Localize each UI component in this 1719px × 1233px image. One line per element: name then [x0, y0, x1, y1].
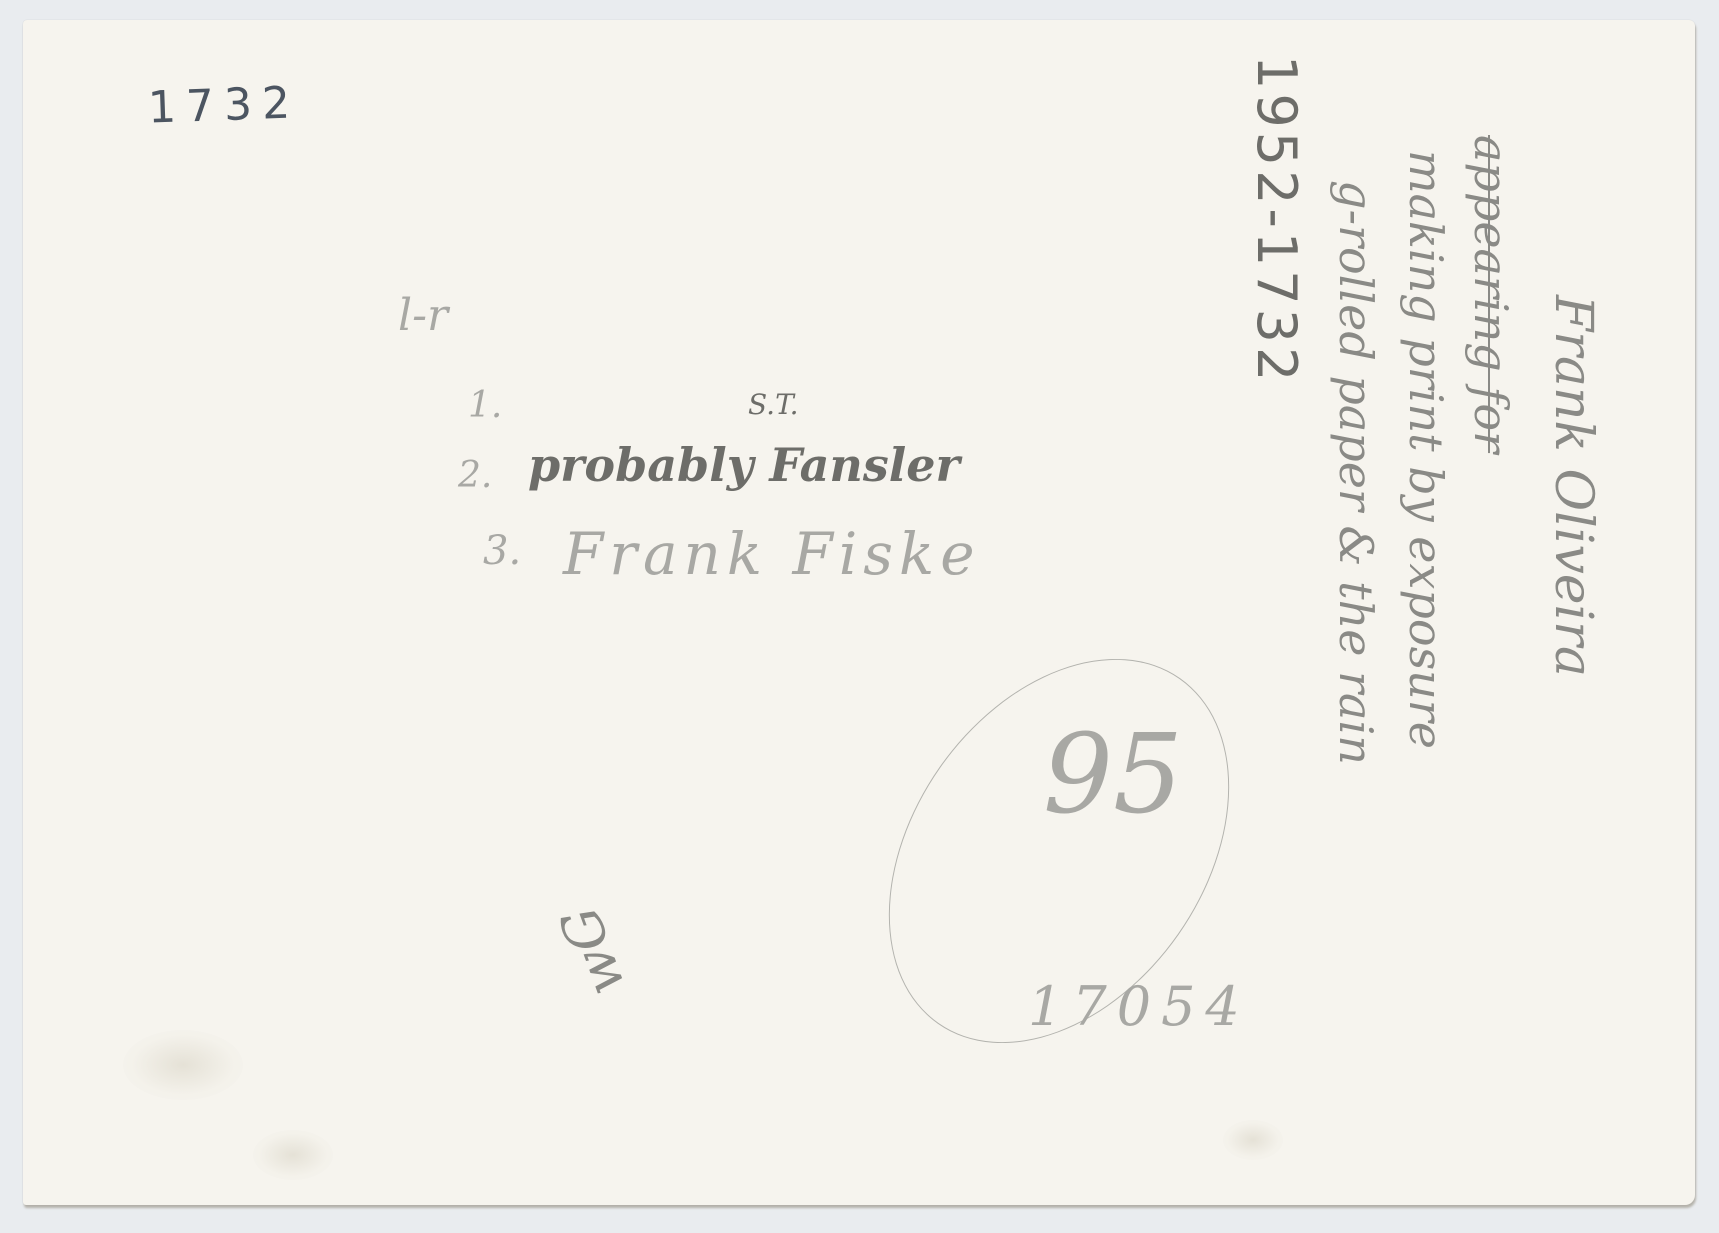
bottom-number: 17054 — [1028, 975, 1250, 1038]
vertical-line-struck: appearing for — [1464, 135, 1518, 453]
circled-number: 95 — [1043, 710, 1183, 838]
list-header: l-r — [398, 290, 448, 341]
catalog-number-top-left: 1732 — [147, 77, 301, 133]
list-item-1-number: 1. — [468, 385, 502, 426]
vertical-line-2: making print by exposure — [1399, 150, 1453, 749]
vertical-line-3: g-rolled paper & the rain — [1329, 180, 1383, 765]
list-item-3-number: 3. — [483, 528, 521, 574]
list-item-2-annotation: S.T. — [748, 388, 799, 421]
vertical-catalog-number: 1952-1732 — [1245, 55, 1308, 385]
initials: wG — [548, 899, 638, 1005]
photo-back-card: 1732 l-r 1. 2. S.T. probably Fansler 3. … — [23, 20, 1695, 1205]
paper-stain — [253, 1130, 333, 1180]
paper-stain — [1223, 1120, 1283, 1160]
paper-stain — [123, 1030, 243, 1100]
list-item-2-number: 2. — [458, 455, 492, 496]
list-item-3-text: Frank Fiske — [563, 520, 981, 588]
list-item-2-text: probably Fansler — [528, 438, 960, 492]
vertical-title: Frank Oliveira — [1543, 295, 1603, 677]
